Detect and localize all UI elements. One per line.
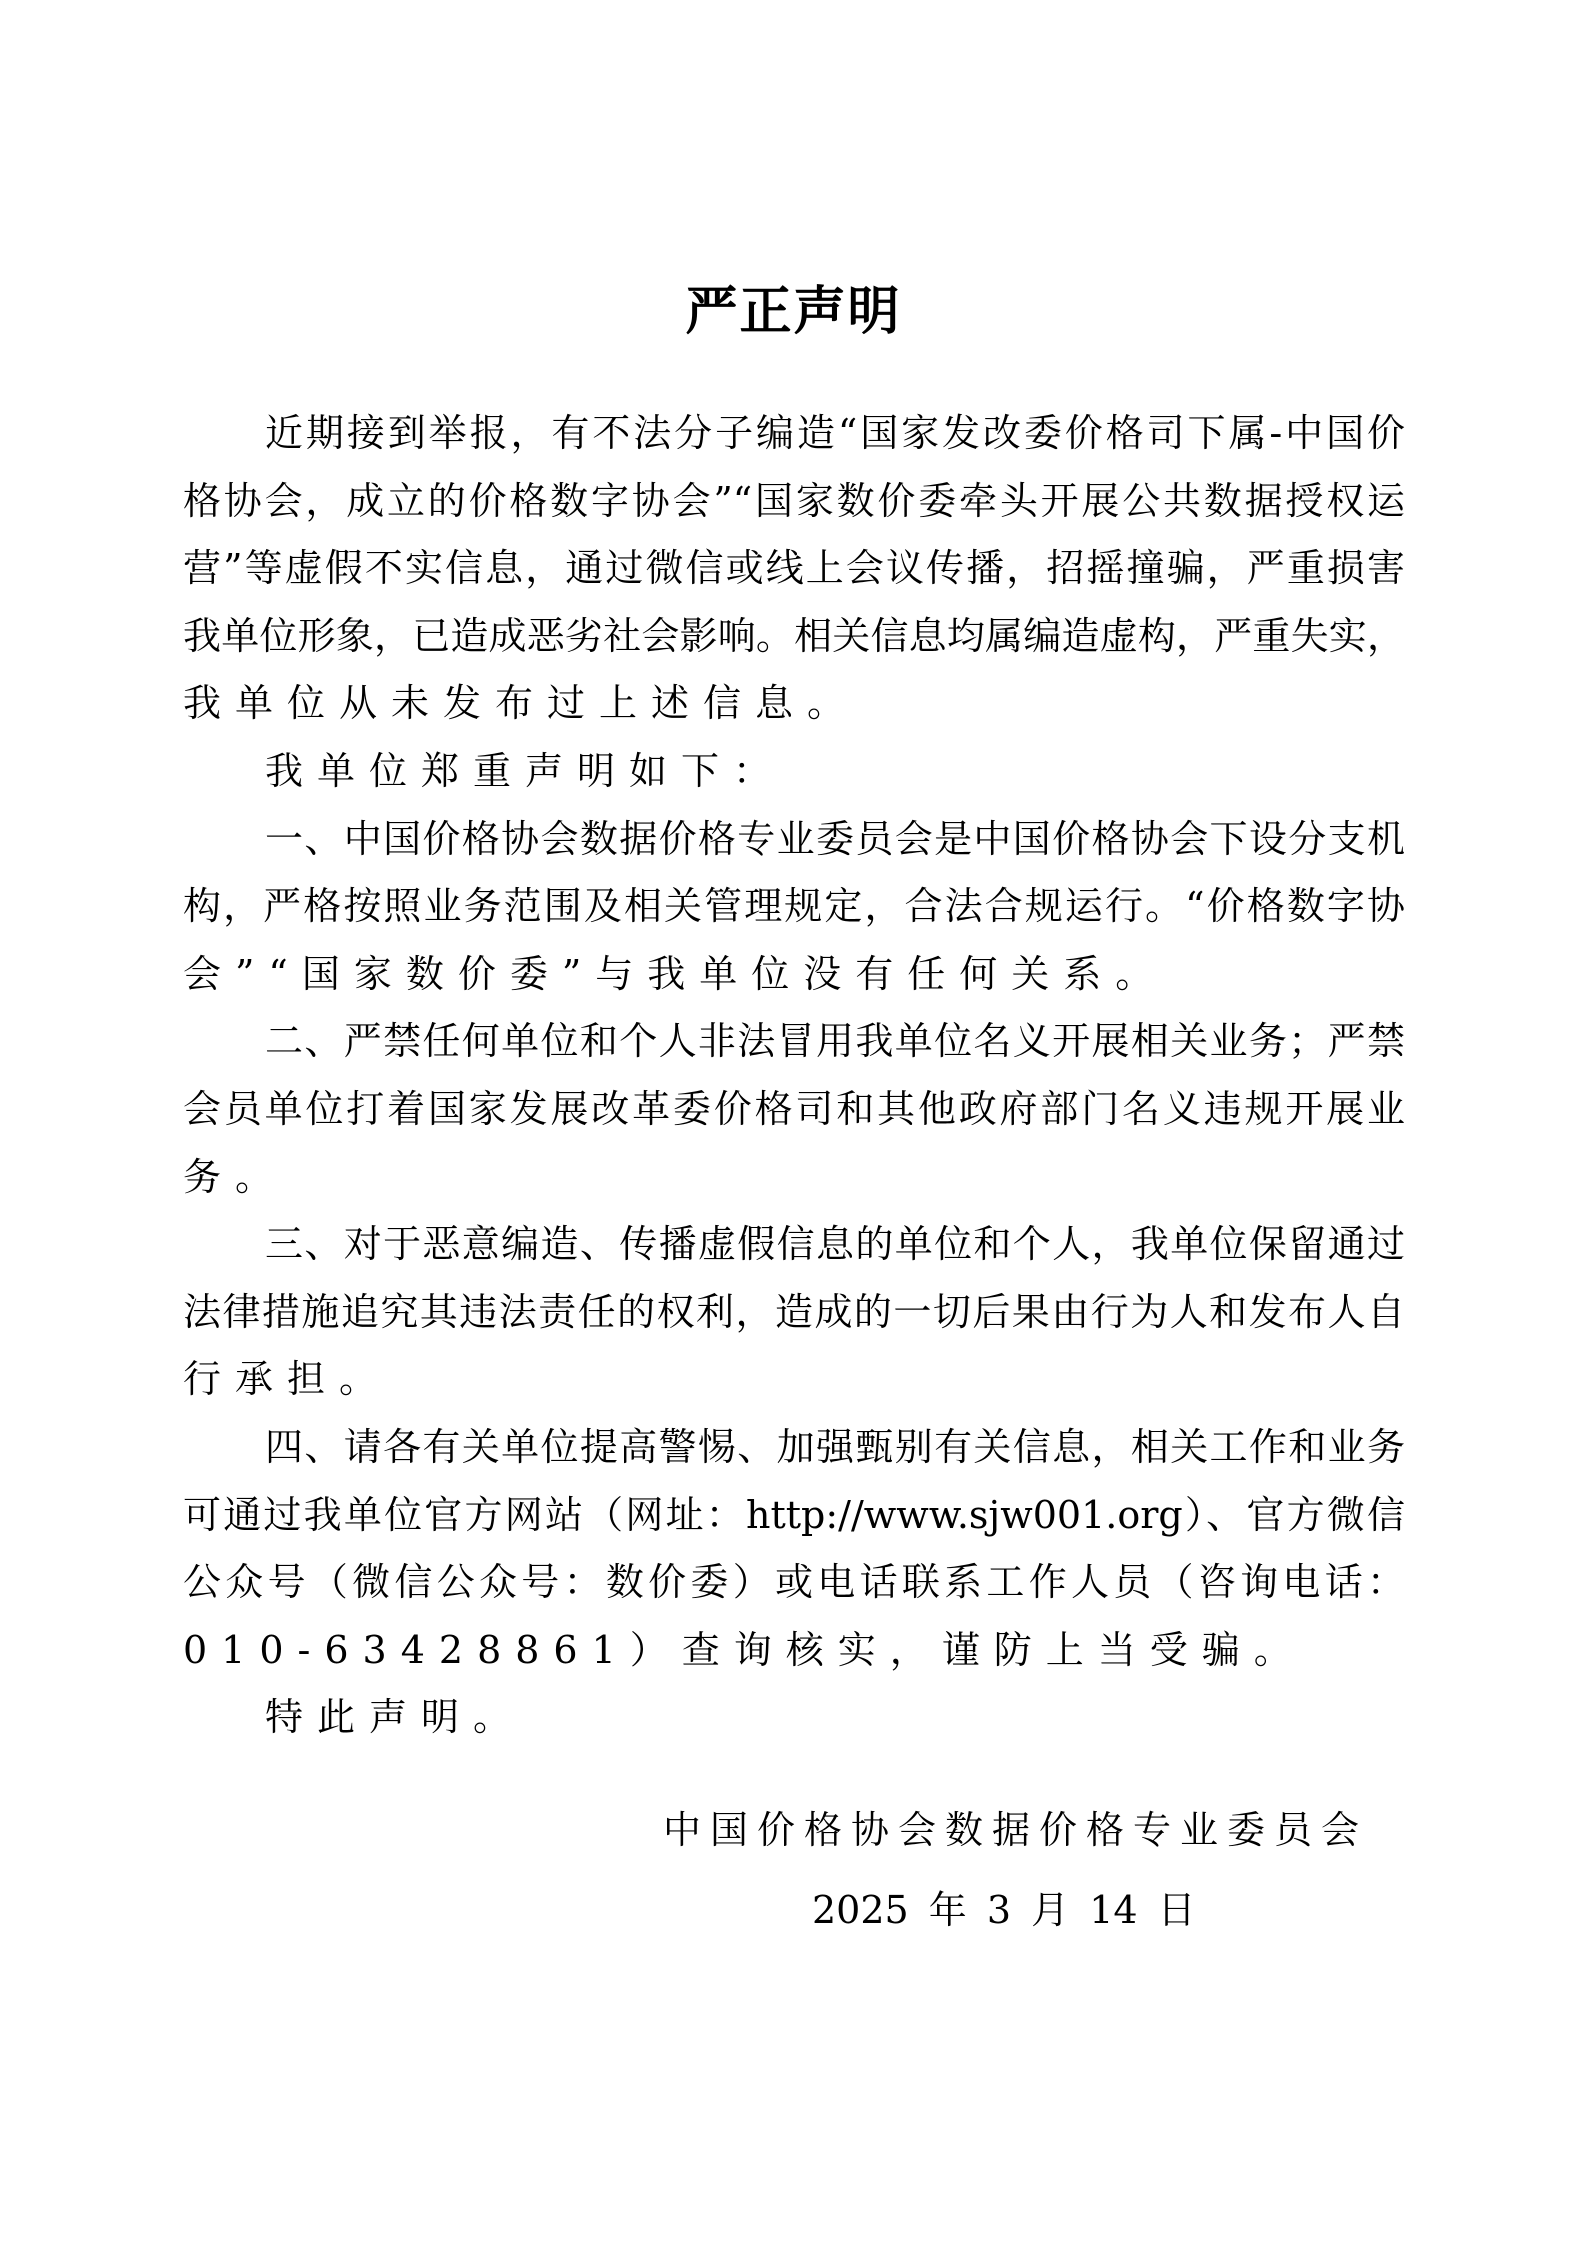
body-line: 会员单位打着国家发展改革委价格司和其他政府部门名义违规开展业 [183, 1076, 1405, 1144]
body-line: 我单位从未发布过上述信息。 [183, 670, 1405, 738]
body-line: 公众号（微信公众号：数价委）或电话联系工作人员（咨询电话： [183, 1549, 1405, 1617]
body-line: 构，严格按照业务范围及相关管理规定，合法合规运行。“价格数字协 [183, 873, 1405, 941]
body-line: 一、中国价格协会数据价格专业委员会是中国价格协会下设分支机 [183, 806, 1405, 874]
body-line: 营”等虚假不实信息，通过微信或线上会议传播，招摇撞骗，严重损害 [183, 535, 1405, 603]
page-title: 严正声明 [0, 282, 1587, 342]
body-line: 近期接到举报，有不法分子编造“国家发改委价格司下属-中国价 [183, 400, 1405, 468]
body-line: 三、对于恶意编造、传播虚假信息的单位和个人，我单位保留通过 [183, 1211, 1405, 1279]
document-page: 严正声明 近期接到举报，有不法分子编造“国家发改委价格司下属-中国价 格协会，成… [0, 0, 1587, 2245]
body-line: 我单位郑重声明如下： [183, 738, 1405, 806]
body-line: 格协会，成立的价格数字协会”“国家数价委牵头开展公共数据授权运 [183, 468, 1405, 536]
statement-body: 近期接到举报，有不法分子编造“国家发改委价格司下属-中国价 格协会，成立的价格数… [183, 400, 1405, 1752]
body-line: 我单位形象，已造成恶劣社会影响。相关信息均属编造虚构，严重失实， [183, 603, 1405, 671]
closing-line: 特此声明。 [183, 1684, 1405, 1752]
signature-organization: 中国价格协会数据价格专业委员会 [663, 1800, 1368, 1860]
body-line: 行承担。 [183, 1346, 1405, 1414]
body-line-phone: 010-63428861）查询核实，谨防上当受骗。 [183, 1617, 1405, 1685]
body-line: 法律措施追究其违法责任的权利，造成的一切后果由行为人和发布人自 [183, 1279, 1405, 1347]
body-line: 四、请各有关单位提高警惕、加强甄别有关信息，相关工作和业务 [183, 1414, 1405, 1482]
body-line: 务。 [183, 1144, 1405, 1212]
body-line: 二、严禁任何单位和个人非法冒用我单位名义开展相关业务；严禁 [183, 1008, 1405, 1076]
body-line-website: 可通过我单位官方网站（网址：http://www.sjw001.org）、官方微… [183, 1482, 1405, 1550]
body-line: 会”“国家数价委”与我单位没有任何关系。 [183, 941, 1405, 1009]
signature-date: 2025 年 3 月 14 日 [812, 1880, 1196, 1940]
